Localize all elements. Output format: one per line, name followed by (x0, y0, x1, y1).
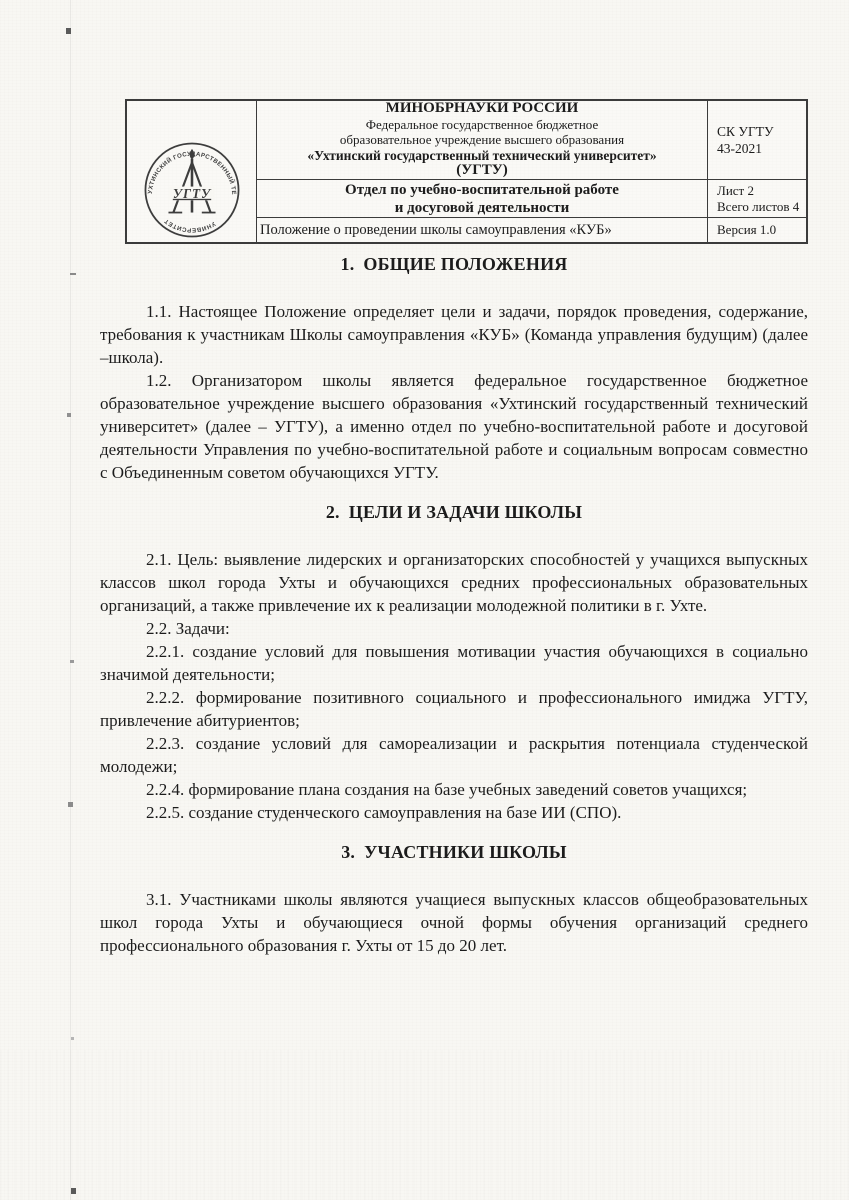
org-name: «Ухтинский государственный технический у… (307, 148, 656, 164)
section-heading-1: 1.ОБЩИЕ ПОЛОЖЕНИЯ (100, 252, 808, 276)
department-cell: Отдел по учебно-воспитательной работе и … (257, 180, 707, 218)
scan-speck (71, 1037, 74, 1040)
paragraph: 2.2.1. создание условий для повышения мо… (100, 640, 808, 686)
document-header-table: УХТИНСКИЙ ГОСУДАРСТВЕННЫЙ ТЕХНИЧЕСКИЙ УН… (125, 99, 808, 244)
scan-speck (66, 28, 71, 34)
doc-code-line1: СК УГТУ (717, 123, 806, 140)
scan-speck (67, 413, 71, 417)
svg-text:УГТУ: УГТУ (172, 185, 211, 200)
paragraph: 2.2. Задачи: (100, 617, 808, 640)
scan-noise (0, 1050, 849, 1200)
section-heading-2: 2.ЦЕЛИ И ЗАДАЧИ ШКОЛЫ (100, 500, 808, 524)
department-line1: Отдел по учебно-воспитательной работе (345, 181, 619, 199)
paragraph: 2.2.5. создание студенческого самоуправл… (100, 801, 808, 824)
scan-speck (70, 273, 76, 275)
section-heading-3: 3.УЧАСТНИКИ ШКОЛЫ (100, 840, 808, 864)
doc-code-line2: 43-2021 (717, 140, 806, 157)
version-cell: Версия 1.0 (707, 218, 806, 242)
doc-version: Версия 1.0 (717, 222, 776, 238)
sheet-total: Всего листов 4 (717, 199, 806, 215)
section-title: УЧАСТНИКИ ШКОЛЫ (364, 842, 567, 862)
scan-speck (70, 660, 74, 663)
paragraph: 2.2.3. создание условий для самореализац… (100, 732, 808, 778)
doc-code-cell: СК УГТУ 43-2021 (707, 101, 806, 180)
paragraph: 2.2.4. формирование плана создания на ба… (100, 778, 808, 801)
scan-speck (68, 802, 73, 807)
paragraph: 2.1. Цель: выявление лидерских и организ… (100, 548, 808, 617)
doc-title-cell: Положение о проведении школы самоуправле… (257, 218, 707, 242)
organization-cell: МИНОБРНАУКИ РОССИИ Федеральное государст… (257, 101, 707, 180)
doc-title: Положение о проведении школы самоуправле… (260, 222, 612, 239)
scan-fold-line (70, 0, 71, 1200)
section-number: 1. (341, 254, 355, 274)
document-body: 1.ОБЩИЕ ПОЛОЖЕНИЯ 1.1. Настоящее Положен… (100, 252, 808, 957)
org-line1: Федеральное государственное бюджетное (366, 117, 599, 133)
scanned-document-page: УХТИНСКИЙ ГОСУДАРСТВЕННЫЙ ТЕХНИЧЕСКИЙ УН… (0, 0, 849, 1200)
section-number: 3. (341, 842, 355, 862)
paragraph: 1.2. Организатором школы является федера… (100, 369, 808, 484)
logo-cell: УХТИНСКИЙ ГОСУДАРСТВЕННЫЙ ТЕХНИЧЕСКИЙ УН… (127, 101, 257, 242)
section-title: ЦЕЛИ И ЗАДАЧИ ШКОЛЫ (349, 502, 582, 522)
department-line2: и досуговой деятельности (395, 199, 569, 217)
scan-speck (71, 1188, 76, 1194)
ministry-name: МИНОБРНАУКИ РОССИИ (386, 101, 579, 117)
section-title: ОБЩИЕ ПОЛОЖЕНИЯ (363, 254, 567, 274)
org-line2: образовательное учреждение высшего образ… (340, 132, 624, 148)
university-seal-icon: УХТИНСКИЙ ГОСУДАРСТВЕННЫЙ ТЕХНИЧЕСКИЙ УН… (143, 141, 241, 239)
paragraph: 1.1. Настоящее Положение определяет цели… (100, 300, 808, 369)
sheet-number: Лист 2 (717, 183, 806, 199)
paragraph: 2.2.2. формирование позитивного социальн… (100, 686, 808, 732)
sheet-cell: Лист 2 Всего листов 4 (707, 180, 806, 218)
org-acronym: (УГТУ) (456, 163, 508, 179)
svg-text:УНИВЕРСИТЕТ: УНИВЕРСИТЕТ (163, 217, 215, 232)
section-number: 2. (326, 502, 340, 522)
paragraph: 3.1. Участниками школы являются учащиеся… (100, 888, 808, 957)
